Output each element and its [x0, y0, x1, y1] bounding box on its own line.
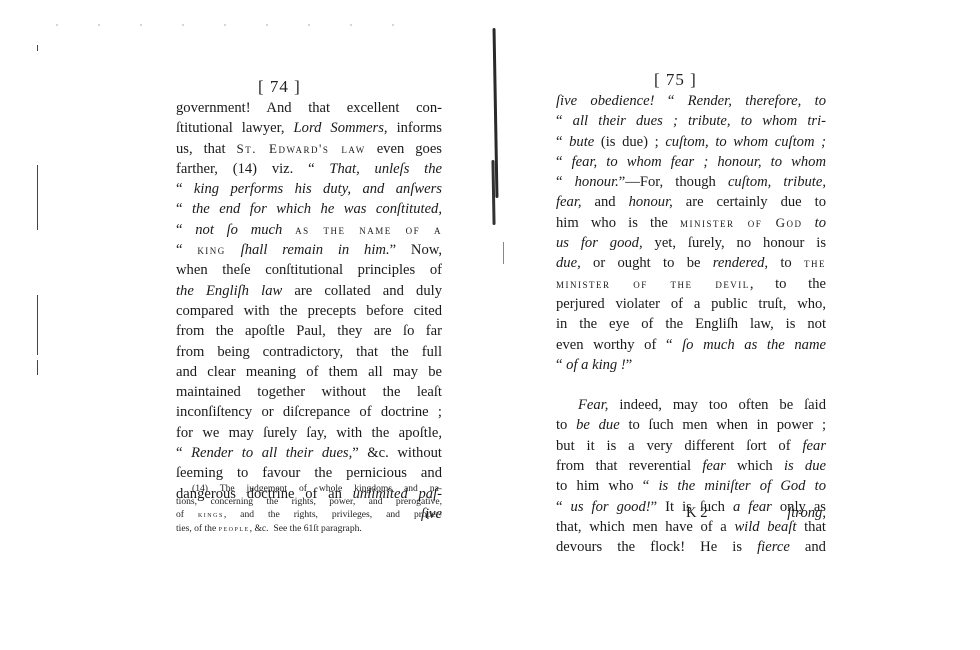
footnote-line: (14) The judgement of whole kingdoms and…: [176, 482, 442, 495]
right-page-body: ſive obedience! “ Render, therefore, to …: [556, 91, 826, 558]
text-line: “ Render to all their dues,” &c. without: [176, 443, 442, 463]
text-line: “ of a king !”: [556, 355, 826, 375]
text-line: farther, (14) viz. “ That, unleſs the: [176, 159, 442, 179]
footnote-line: of kings, and the rights, privileges, an…: [176, 508, 442, 521]
text-line: Fear, indeed, may too often be ſaid: [556, 395, 826, 415]
text-line: “ bute (is due) ; cuſtom, to whom cuſtom…: [556, 132, 826, 152]
text-line: the Engliſh law are collated and duly: [176, 281, 442, 301]
text-line: maintained together without the leaſt: [176, 382, 442, 402]
text-line: ſtitutional lawyer, Lord Sommers, inform…: [176, 118, 442, 138]
signature-mark: K 2: [686, 505, 708, 522]
footnote: (14) The judgement of whole kingdoms and…: [176, 482, 442, 535]
text-line: for we may ſurely ſay, with the apoſtle,: [176, 423, 442, 443]
text-line: “ the end for which he was conſtituted,: [176, 199, 442, 219]
text-line: “ not ſo much as the name of a: [176, 220, 442, 240]
text-line: him who is the minister of God to: [556, 213, 826, 233]
page-number-right: [ 75 ]: [654, 70, 697, 90]
catchword: ſtrong,: [787, 505, 826, 522]
text-line: perjured violater of a public truſt, who…: [556, 294, 826, 314]
margin-mark: [37, 295, 38, 355]
text-line: ſeeming to favour the pernicious and: [176, 463, 442, 483]
text-line: us for good, yet, ſurely, no honour is: [556, 233, 826, 253]
text-line: devours the flock! He is fierce and: [556, 537, 826, 557]
margin-mark: [37, 165, 38, 230]
text-line: government! And that excellent con-: [176, 98, 442, 118]
text-line: ſive obedience! “ Render, therefore, to: [556, 91, 826, 111]
text-line: to him who “ is the miniſter of God to: [556, 476, 826, 496]
text-line: even worthy of “ ſo much as the name: [556, 335, 826, 355]
footnote-line: tions, concerning the rights, power, and…: [176, 495, 442, 508]
left-page-body: government! And that excellent con- ſtit…: [176, 98, 442, 524]
text-line: inconſiſtency or diſcrepance of doctrine…: [176, 402, 442, 422]
text-line: fear, and honour, are certainly due to: [556, 192, 826, 212]
footnote-line: ties, of the people, &c. See the 61ſt pa…: [176, 522, 442, 535]
text-line: from being contradictory, that the full: [176, 342, 442, 362]
text-line: to be due to ſuch men when in power ;: [556, 415, 826, 435]
margin-mark: [37, 45, 38, 51]
text-line: minister of the devil, to the: [556, 274, 826, 294]
text-line: “ honour.”—For, though cuſtom, tribute,: [556, 172, 826, 192]
text-line: from the apoſtle Paul, they are ſo far: [176, 321, 442, 341]
text-line: but it is a very different ſort of fear: [556, 436, 826, 456]
text-line: due, or ought to be rendered, to the: [556, 253, 826, 273]
margin-mark: [37, 360, 38, 375]
page-number-left: [ 74 ]: [258, 77, 301, 97]
book-gutter: [503, 242, 504, 264]
text-line: when theſe conſtitutional principles of: [176, 260, 442, 280]
text-line: compared with the precepts before cited: [176, 301, 442, 321]
text-line: us, that St. Edward's law even goes: [176, 139, 442, 159]
text-line: in the eye of the Engliſh law, is not: [556, 314, 826, 334]
text-line: “ king performs his duty, and anſwers: [176, 179, 442, 199]
text-line: “ fear, to whom fear ; honour, to whom: [556, 152, 826, 172]
scan-noise-top: [38, 24, 418, 26]
text-line: from that reverential fear which is due: [556, 456, 826, 476]
text-line: “ all their dues ; tribute, to whom tri-: [556, 111, 826, 131]
text-line: and clear meaning of them all may be: [176, 362, 442, 382]
paragraph-break: [556, 375, 826, 395]
text-line: “ king ſhall remain in him.” Now,: [176, 240, 442, 260]
